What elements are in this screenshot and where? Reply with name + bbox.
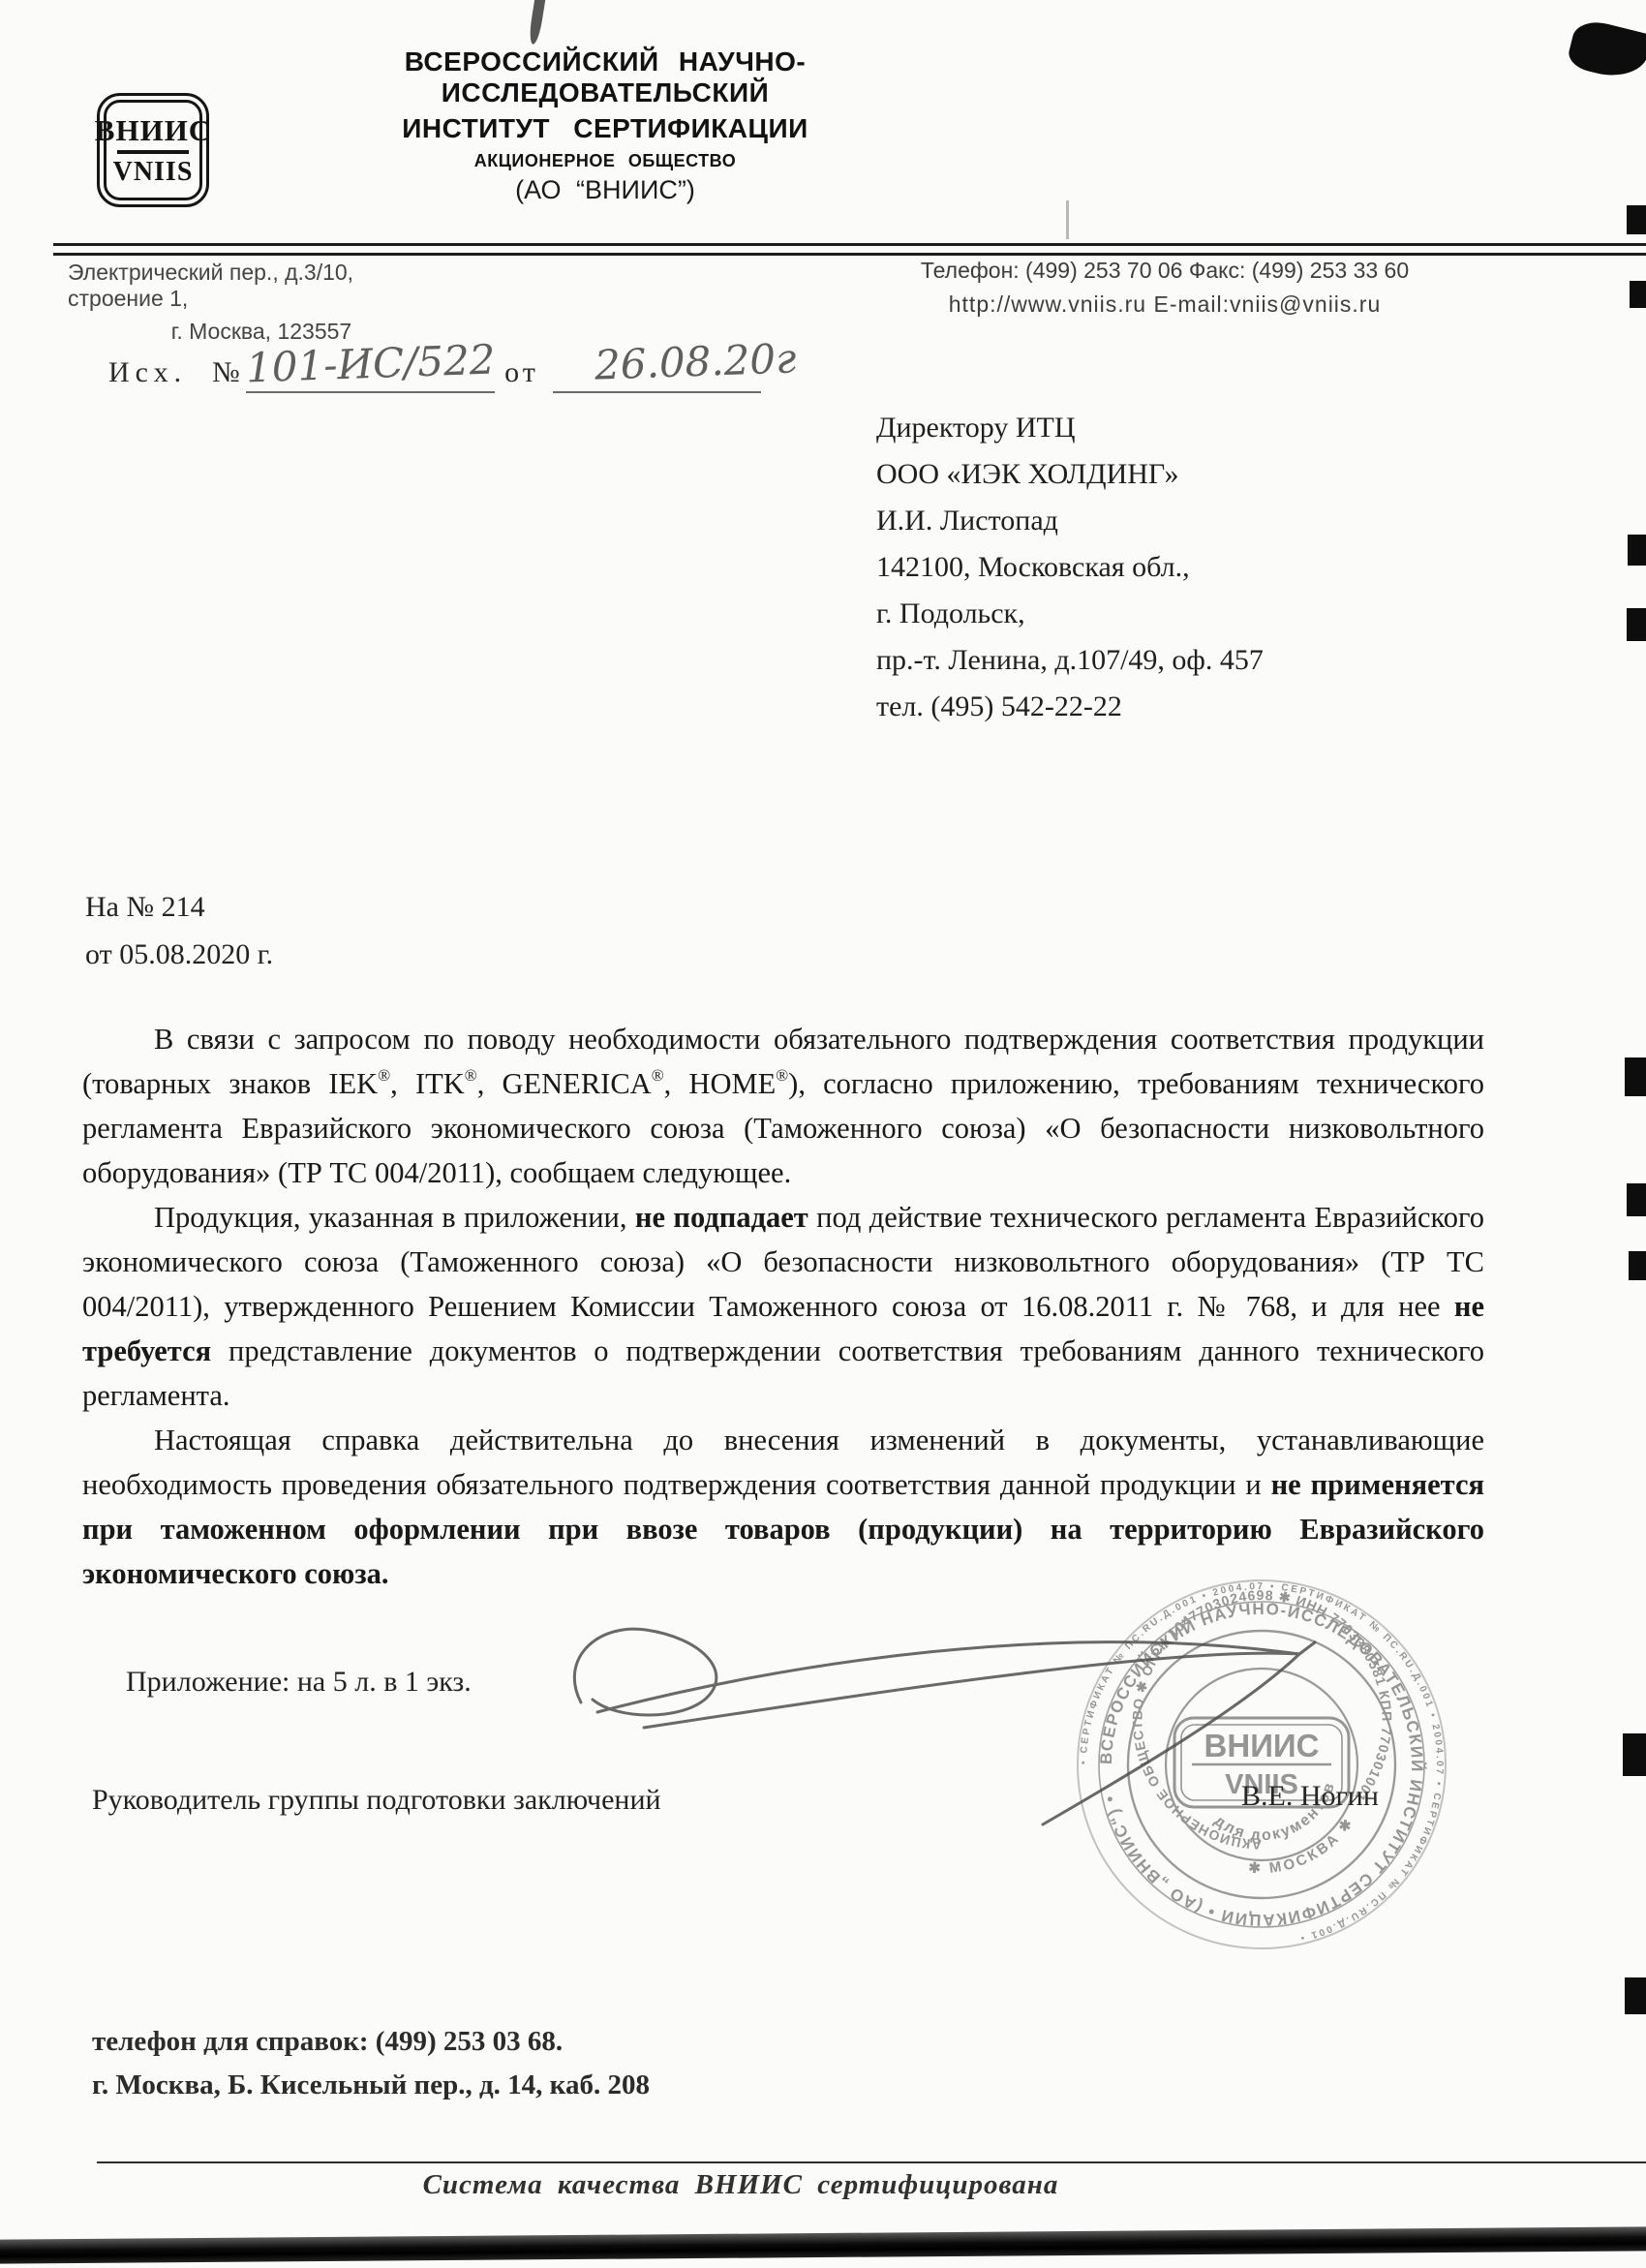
quality-note: Система качества ВНИИС сертифицирована bbox=[0, 2169, 1481, 2201]
body-text-run: , GENERICA bbox=[477, 1067, 652, 1100]
scan-artifact bbox=[1627, 205, 1646, 234]
org-web-email: http://www.vniis.ru E-mail:vniis@vniis.r… bbox=[865, 291, 1465, 318]
recipient-line: г. Подольск, bbox=[876, 591, 1264, 637]
recipient-line: И.И. Листопад bbox=[876, 498, 1264, 544]
number-sign: № bbox=[212, 356, 240, 388]
scan-artifact bbox=[1625, 1977, 1646, 2014]
vniis-logo-inner: ВНИИС VNIIS bbox=[104, 100, 202, 200]
registered-mark: ® bbox=[776, 1066, 788, 1085]
org-address: Электрический пер., д.3/10, строение 1, … bbox=[68, 260, 455, 345]
org-name-line1: ВСЕРОССИЙСКИЙ НАУЧНО-ИССЛЕДОВАТЕЛЬСКИЙ bbox=[286, 46, 925, 108]
scan-artifact bbox=[1066, 200, 1069, 239]
body-text-run: представление документов о подтверждении… bbox=[82, 1334, 1484, 1412]
scan-artifact bbox=[1623, 1733, 1646, 1776]
footer-divider bbox=[97, 2161, 1646, 2163]
incoming-ref-number: На № 214 bbox=[85, 883, 273, 931]
scan-artifact bbox=[1566, 16, 1646, 84]
signer-name: В.Е. Ногин bbox=[1241, 1780, 1379, 1813]
outgoing-number-field: 101-ИС/522 bbox=[246, 344, 495, 393]
body-text-run: Продукция, указанная в приложении, bbox=[154, 1201, 635, 1234]
logo-divider bbox=[117, 150, 189, 154]
logo-text-en: VNIIS bbox=[113, 157, 194, 188]
body-text-bold: не подпадает bbox=[635, 1201, 808, 1234]
paragraph-1: В связи с запросом по поводу необходимос… bbox=[82, 1017, 1484, 1195]
scan-artifact bbox=[1627, 608, 1646, 641]
footer-phone: телефон для справок: (499) 253 03 68. bbox=[92, 2020, 650, 2064]
footer-address: г. Москва, Б. Кисельный пер., д. 14, каб… bbox=[92, 2064, 650, 2107]
scan-artifact bbox=[1630, 281, 1646, 308]
footer-contacts: телефон для справок: (499) 253 03 68. г.… bbox=[92, 2020, 650, 2107]
vniis-logo: ВНИИС VNIIS bbox=[97, 93, 209, 207]
org-type: АКЦИОНЕРНОЕ ОБЩЕСТВО bbox=[286, 151, 925, 171]
recipient-line: ООО «ИЭК ХОЛДИНГ» bbox=[876, 451, 1264, 498]
org-phone-fax: Телефон: (499) 253 70 06 Факс: (499) 253… bbox=[865, 258, 1465, 284]
outgoing-number-handwritten: 101-ИС/522 bbox=[245, 336, 496, 392]
recipient-line: тел. (495) 542-22-22 bbox=[876, 684, 1264, 730]
org-name-line2: ИНСТИТУТ СЕРТИФИКАЦИИ bbox=[286, 113, 925, 144]
incoming-ref-date: от 05.08.2020 г. bbox=[85, 931, 273, 978]
scanned-letter-page: ВНИИС VNIIS ВСЕРОССИЙСКИЙ НАУЧНО-ИССЛЕДО… bbox=[0, 0, 1646, 2268]
outgoing-ref-line: Исх.№101-ИС/522от26.08.20г bbox=[108, 344, 761, 393]
scan-artifact bbox=[1625, 1057, 1646, 1096]
outgoing-date-handwritten: 26.08.20г bbox=[594, 334, 797, 388]
recipient-block: Директору ИТЦ ООО «ИЭК ХОЛДИНГ» И.И. Лис… bbox=[876, 405, 1264, 730]
org-title-block: ВСЕРОССИЙСКИЙ НАУЧНО-ИССЛЕДОВАТЕЛЬСКИЙ И… bbox=[286, 46, 925, 205]
outgoing-date-label: от bbox=[504, 356, 539, 388]
recipient-line: Директору ИТЦ bbox=[876, 405, 1264, 451]
paragraph-2: Продукция, указанная в приложении, не по… bbox=[82, 1195, 1484, 1418]
body-text-run: , HOME bbox=[664, 1067, 777, 1100]
logo-text-ru: ВНИИС bbox=[95, 113, 211, 148]
recipient-line: пр.-т. Ленина, д.107/49, оф. 457 bbox=[876, 637, 1264, 684]
scan-artifact bbox=[1629, 1251, 1646, 1280]
body-text-run: , ITK bbox=[390, 1067, 465, 1100]
recipient-line: 142100, Московская обл., bbox=[876, 544, 1264, 591]
handwritten-signature bbox=[537, 1538, 1322, 1867]
org-address-line1: Электрический пер., д.3/10, строение 1, bbox=[68, 260, 455, 312]
scan-artifact bbox=[1628, 535, 1646, 566]
registered-mark: ® bbox=[652, 1066, 664, 1085]
header-divider bbox=[53, 243, 1646, 256]
org-contacts: Телефон: (499) 253 70 06 Факс: (499) 253… bbox=[865, 258, 1465, 318]
outgoing-label: Исх. bbox=[108, 356, 187, 388]
letter-body: В связи с запросом по поводу необходимос… bbox=[82, 1017, 1484, 1596]
scan-artifact bbox=[1627, 1183, 1646, 1216]
registered-mark: ® bbox=[378, 1066, 390, 1085]
scan-edge-bar bbox=[0, 2226, 1646, 2264]
outgoing-date-field: 26.08.20г bbox=[553, 344, 761, 393]
registered-mark: ® bbox=[465, 1066, 477, 1085]
incoming-ref-block: На № 214 от 05.08.2020 г. bbox=[85, 883, 273, 978]
scan-artifact bbox=[528, 0, 546, 46]
org-short-name: (АО “ВНИИС”) bbox=[286, 175, 925, 205]
attachment-note: Приложение: на 5 л. в 1 экз. bbox=[126, 1666, 472, 1699]
